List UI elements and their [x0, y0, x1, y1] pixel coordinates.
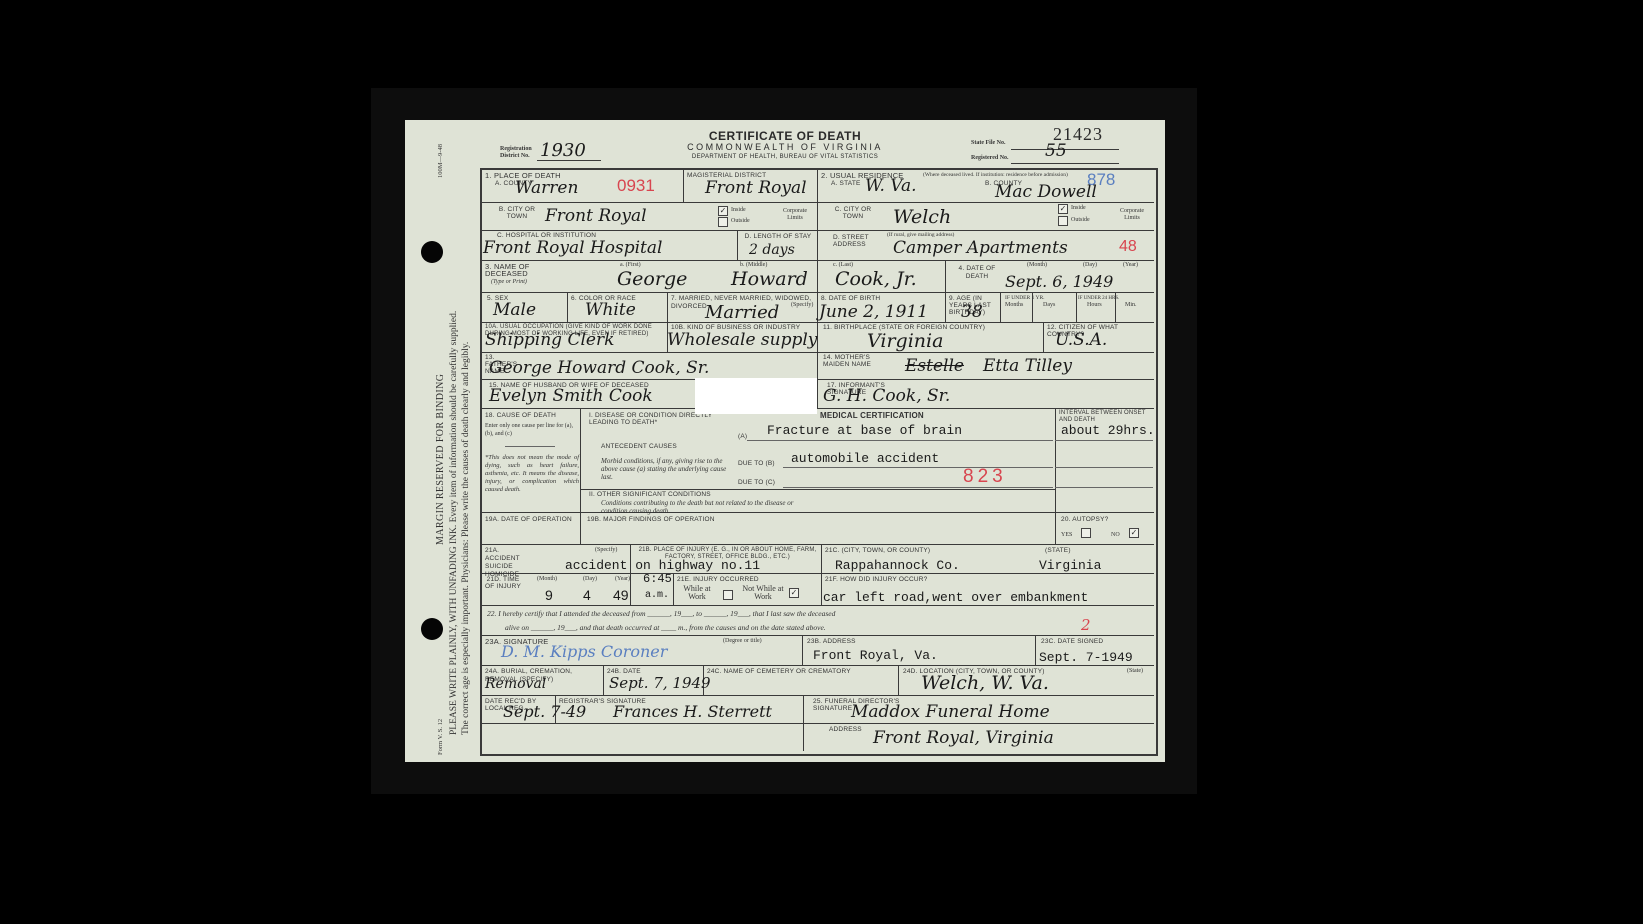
residence-state-label: a. STATE — [831, 180, 861, 187]
sex: Male — [493, 300, 536, 320]
physician-address: Front Royal, Va. — [813, 648, 938, 663]
deceased-name-note: (Type or Print) — [491, 279, 527, 286]
business: Wholesale supply — [667, 330, 817, 350]
age: 38 — [961, 302, 983, 322]
injury-year: 49 — [613, 587, 629, 603]
registered-number: 55 — [1045, 141, 1067, 161]
not-while-at-work-label: Not While at Work — [739, 585, 787, 601]
residence-outside-label: Outside — [1071, 217, 1090, 224]
operation-findings-label: 19b. MAJOR FINDINGS OF OPERATION — [587, 516, 715, 523]
injury-type-label: 21a. ACCIDENT SUICIDE HOMICIDE — [485, 547, 535, 579]
medical-certification-title: MEDICAL CERTIFICATION — [820, 412, 924, 419]
while-at-work-label: While at Work — [679, 585, 715, 601]
physician-signature: D. M. Kipps Coroner — [501, 642, 667, 661]
injury-month-label: (Month) — [537, 576, 557, 583]
marital-specify-label: (Specify) — [791, 302, 813, 309]
death-outside-checkbox[interactable] — [718, 217, 728, 227]
cause-b-label: DUE TO (b) — [738, 460, 775, 467]
usual-residence-note: (Where deceased lived. If institution: r… — [923, 172, 1068, 179]
mother-name-label: 14. MOTHER'S MAIDEN NAME — [823, 354, 897, 368]
cause-b: automobile accident — [791, 451, 939, 466]
registration-district-value: 1930 — [540, 140, 586, 161]
certification-mark: 2 — [1081, 616, 1091, 634]
binding-margin-text: MARGIN RESERVED FOR BINDING — [435, 374, 446, 545]
how-injury-occurred: car left road,went over embankment — [823, 590, 1088, 605]
injury-month: 9 — [545, 587, 553, 603]
autopsy-yes-label: YES — [1061, 532, 1072, 539]
while-at-work-checkbox[interactable] — [723, 590, 733, 600]
state-file-label: State File No. — [971, 140, 1006, 147]
funeral-director-signature: Maddox Funeral Home — [851, 702, 1050, 722]
injury-type-specify: (Specify) — [595, 547, 617, 554]
how-injury-label: 21f. HOW DID INJURY OCCUR? — [825, 576, 927, 583]
informant-signature: G. H. Cook, Sr. — [823, 386, 950, 406]
antecedent-causes-label: ANTECEDENT CAUSES — [601, 443, 677, 450]
registered-label: Registered No. — [971, 155, 1009, 162]
date-of-birth: June 2, 1911 — [819, 302, 928, 322]
street-address-code: 48 — [1119, 238, 1137, 256]
deceased-name-label: 3. NAME OF DECEASED — [485, 263, 545, 277]
residence-inside-label: Inside — [1071, 205, 1086, 212]
date-of-death: Sept. 6, 1949 — [1005, 272, 1113, 291]
interval: about 29hrs. — [1061, 423, 1155, 438]
cause-a-label: (a) — [738, 433, 747, 440]
burial-date: Sept. 7, 1949 — [609, 674, 711, 692]
date-signed: Sept. 7-1949 — [1039, 650, 1133, 665]
autopsy-no-checkbox[interactable]: ✓ — [1129, 528, 1139, 538]
certification-statement-2: alive on ______, 19___, and that death o… — [505, 624, 826, 632]
certification-statement-1: 22. I hereby certify that I attended the… — [487, 610, 835, 618]
injury-ampm: a.m. — [645, 590, 669, 601]
degree-title-label: (Degree or title) — [723, 638, 762, 645]
binding-hole-top — [421, 241, 443, 263]
date-of-death-label: 4. DATE OF DEATH — [953, 265, 1001, 281]
mother-maiden-name: Etta Tilley — [983, 356, 1072, 376]
min-label: Min. — [1125, 302, 1137, 309]
middle-name: Howard — [731, 268, 808, 290]
death-certificate: MARGIN RESERVED FOR BINDING PLEASE WRITE… — [405, 120, 1165, 762]
length-of-stay-label: d. LENGTH OF STAY — [741, 233, 815, 240]
cause-a: Fracture at base of brain — [767, 423, 962, 438]
spouse-name: Evelyn Smith Cook — [489, 386, 653, 406]
length-of-stay: 2 days — [749, 242, 795, 258]
date-signed-label: 23c. DATE SIGNED — [1041, 638, 1103, 645]
burial-method: Removal — [485, 676, 546, 692]
death-county: Warren — [515, 178, 578, 198]
death-year-label: (Year) — [1123, 262, 1138, 269]
first-name: George — [617, 268, 687, 290]
birthplace: Virginia — [867, 330, 943, 352]
autopsy-no-label: NO — [1111, 532, 1120, 539]
residence-county-code: 878 — [1087, 170, 1115, 190]
hospital: Front Royal Hospital — [483, 238, 662, 258]
instructions-line-2: The correct age is especially important.… — [461, 342, 471, 735]
instructions-line-1: PLEASE WRITE PLAINLY, WITH UNFADING INK.… — [449, 311, 459, 735]
marital-status: Married — [705, 302, 779, 323]
injury-time-label: 21d. TIME OF INJURY — [485, 576, 521, 590]
residence-city-label: c. CITY OR TOWN — [833, 206, 873, 220]
injury-day: 4 — [583, 587, 591, 603]
death-corporate-label: Corporate Limits — [777, 208, 813, 222]
injury-day-label: (Day) — [583, 576, 597, 583]
death-city: Front Royal — [545, 206, 647, 226]
months-label: Months — [1005, 302, 1023, 309]
injury-occurred-label: 21e. INJURY OCCURRED — [677, 576, 759, 583]
race: White — [585, 300, 636, 320]
street-address: Camper Apartments — [893, 238, 1068, 258]
registration-district-label: Registration District No. — [500, 146, 536, 160]
autopsy-label: 20. AUTOPSY? — [1061, 516, 1108, 523]
residence-corporate-label: Corporate Limits — [1113, 208, 1151, 222]
registrar-signature: Frances H. Sterrett — [613, 702, 772, 721]
injury-state: Virginia — [1039, 558, 1101, 573]
redaction-box — [695, 378, 817, 414]
operation-date-label: 19a. DATE OF OPERATION — [485, 516, 575, 523]
funeral-address-label: ADDRESS — [829, 726, 862, 733]
last-name: Cook, Jr. — [835, 268, 917, 290]
injury-hour: 6:45 — [643, 572, 672, 586]
father-name: George Howard Cook, Sr. — [489, 358, 709, 378]
death-city-label: b. CITY OR TOWN — [497, 206, 537, 220]
death-inside-checkbox[interactable]: ✓ — [718, 206, 728, 216]
cause-c-label: DUE TO (c) — [738, 479, 775, 486]
days-label: Days — [1043, 302, 1055, 309]
form-number: Form V. S. 12 — [437, 719, 444, 755]
cause-of-death-label: 18. CAUSE OF DEATH — [485, 412, 556, 419]
injury-city: Rappahannock Co. — [835, 558, 960, 573]
under-1yr-label: IF UNDER 1 YR. — [1005, 295, 1045, 302]
burial-location-state-label: (State) — [1127, 668, 1143, 675]
binding-hole-bottom — [421, 618, 443, 640]
death-month-label: (Month) — [1027, 262, 1047, 269]
citizen: U.S.A. — [1055, 330, 1107, 350]
cause-code: 823 — [963, 466, 1007, 488]
injury-state-label: (STATE) — [1045, 547, 1071, 554]
autopsy-yes-checkbox[interactable] — [1081, 528, 1091, 538]
death-outside-label: Outside — [731, 218, 750, 225]
morbid-conditions-note: Morbid conditions, if any, giving rise t… — [601, 457, 731, 481]
injury-city-label: 21c. (CITY, TOWN, OR COUNTY) — [825, 547, 930, 554]
death-day-label: (Day) — [1083, 262, 1097, 269]
residence-outside-checkbox[interactable] — [1058, 216, 1068, 226]
injury-year-label: (Year) — [615, 576, 630, 583]
disease-condition-label: I. DISEASE OR CONDITION DIRECTLY LEADING… — [589, 412, 729, 426]
injury-type-and-place: accident on highway no.11 — [565, 558, 760, 573]
interval-label: INTERVAL BETWEEN ONSET AND DEATH — [1059, 410, 1153, 424]
mother-name-struck: Estelle — [905, 356, 964, 376]
other-conditions-note: Conditions contributing to the death but… — [601, 499, 801, 515]
burial-location: Welch, W. Va. — [921, 672, 1049, 694]
under-24hrs-label: IF UNDER 24 HRS. — [1078, 295, 1119, 302]
cemetery-label: 24c. NAME OF CEMETERY OR CREMATORY — [707, 668, 851, 675]
residence-county: Mac Dowell — [995, 182, 1097, 202]
street-address-label: d. STREET ADDRESS — [833, 234, 877, 248]
residence-city: Welch — [893, 206, 951, 228]
other-conditions-label: II. OTHER SIGNIFICANT CONDITIONS — [589, 491, 711, 498]
hours-label: Hours — [1087, 302, 1102, 309]
funeral-address: Front Royal, Virginia — [873, 728, 1054, 748]
death-inside-label: Inside — [731, 207, 746, 214]
magisterial-district: Front Royal — [705, 178, 807, 198]
address-label: 23b. ADDRESS — [807, 638, 856, 645]
death-county-code: 0931 — [617, 176, 655, 196]
residence-inside-checkbox[interactable]: ✓ — [1058, 204, 1068, 214]
residence-state: W. Va. — [865, 176, 917, 196]
not-while-at-work-checkbox[interactable]: ✓ — [789, 588, 799, 598]
cause-instructions: Enter only one cause per line for (a), (… — [485, 422, 577, 438]
cause-footnote: *This does not mean the mode of dying, s… — [485, 454, 579, 494]
occupation: Shipping Clerk — [485, 330, 614, 350]
date-of-birth-label: 8. DATE OF BIRTH — [821, 295, 880, 302]
